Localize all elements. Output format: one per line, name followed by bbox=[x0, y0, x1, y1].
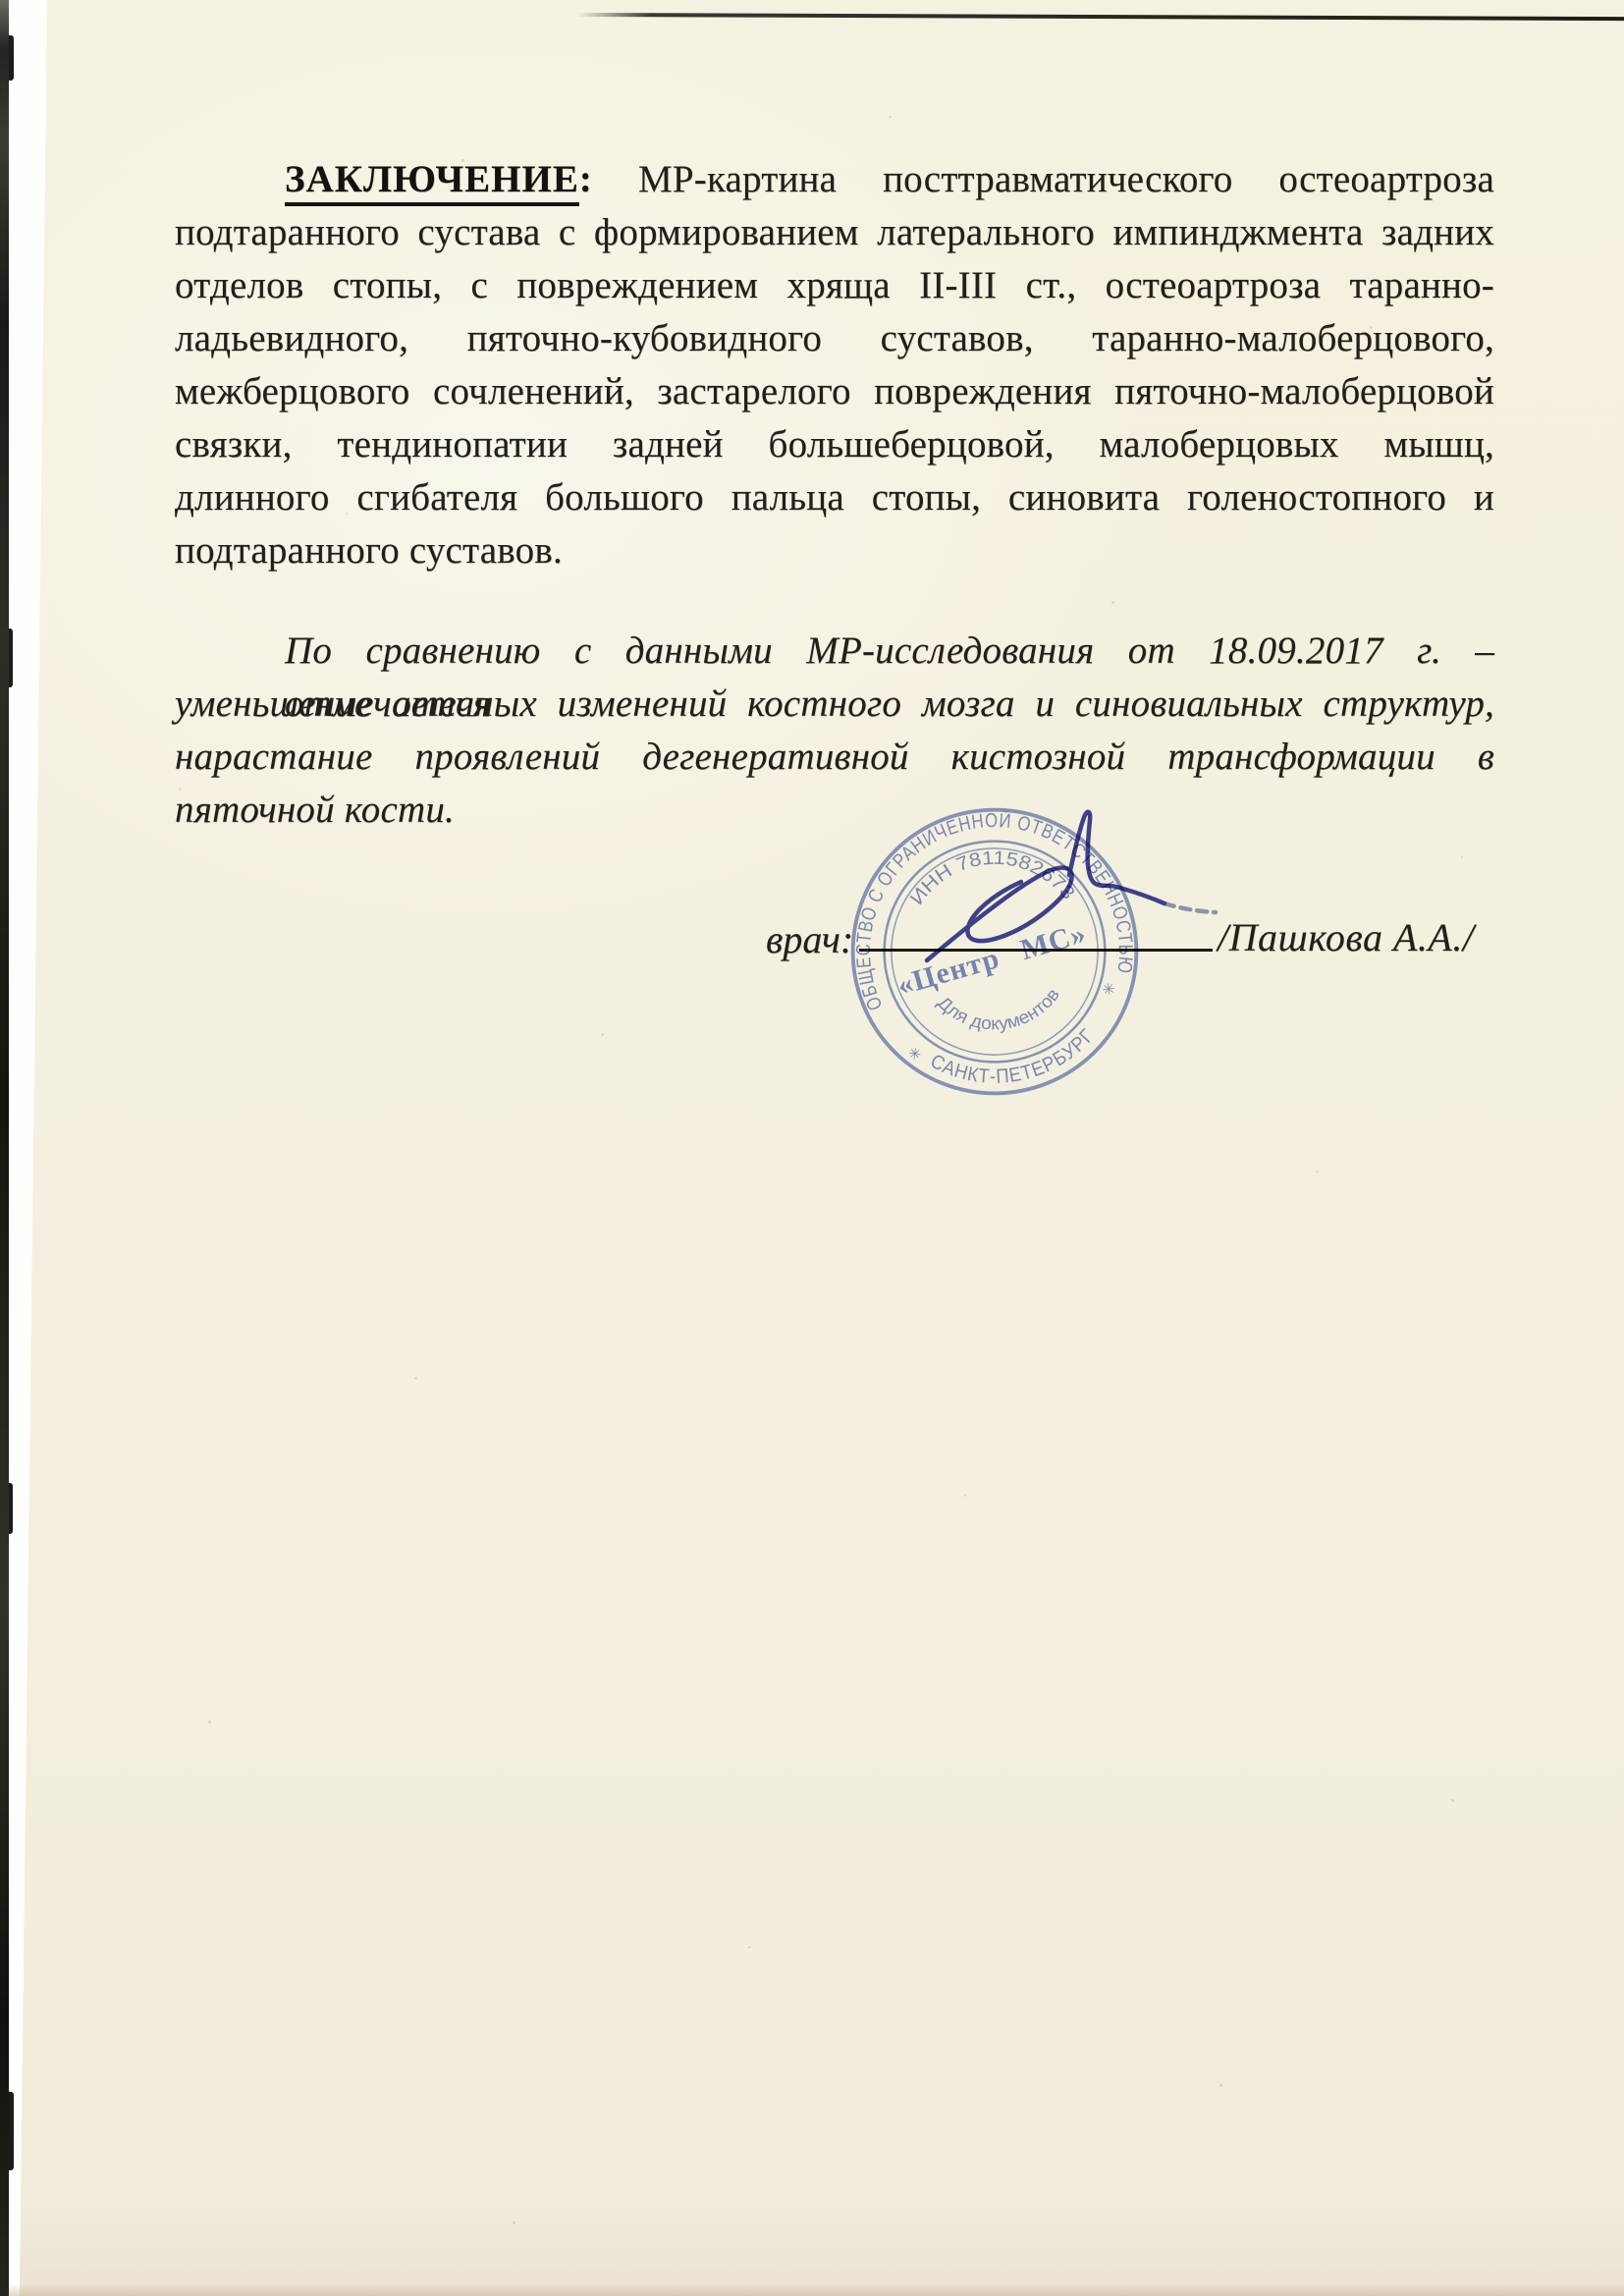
conclusion-line: подтаранного сустава с формированием лат… bbox=[175, 206, 1494, 259]
paper-speck bbox=[414, 1377, 417, 1380]
comparison-line: нарастание проявлений дегенеративной кис… bbox=[175, 731, 1494, 784]
scan-edge-top bbox=[577, 13, 1624, 21]
conclusion-line: межберцового сочленений, застарелого пов… bbox=[175, 365, 1494, 418]
scanned-page: ЗАКЛЮЧЕНИЕ: МР-картина посттравматическо… bbox=[0, 0, 1624, 2296]
paper-speck bbox=[208, 1721, 211, 1723]
comparison-paragraph: По сравнению с данными МР-исследования о… bbox=[175, 625, 1494, 837]
scan-edge-mark bbox=[9, 629, 13, 687]
paper-speck bbox=[513, 2221, 515, 2224]
stamp-ring-bottom-text: САНКТ-ПЕТЕРБУРГ bbox=[927, 1025, 1099, 1088]
paper-speck bbox=[964, 1495, 966, 1497]
paper-speck bbox=[1316, 1171, 1319, 1173]
signature-tail bbox=[1069, 812, 1164, 903]
paper-speck bbox=[601, 1033, 604, 1036]
paper-speck bbox=[1111, 601, 1114, 604]
svg-text:САНКТ-ПЕТЕРБУРГ: САНКТ-ПЕТЕРБУРГ bbox=[927, 1025, 1099, 1088]
scan-edge-mark bbox=[9, 1483, 13, 1534]
conclusion-line: ладьевидного, пяточно-кубовидного сустав… bbox=[175, 312, 1494, 365]
conclusion-line: подтаранного суставов. bbox=[175, 524, 1494, 577]
scan-edge-white bbox=[9, 0, 50, 2296]
conclusion-line: отделов стопы, с повреждением хряща II-I… bbox=[175, 259, 1494, 312]
scan-edge-mark bbox=[9, 35, 14, 81]
comparison-line: пяточной кости. bbox=[175, 784, 1494, 837]
conclusion-colon: : bbox=[579, 158, 592, 200]
paper-speck bbox=[1451, 1799, 1454, 1802]
conclusion-heading: ЗАКЛЮЧЕНИЕ bbox=[285, 158, 579, 206]
doctor-label: врач: bbox=[766, 913, 853, 966]
doctor-signature bbox=[864, 786, 1237, 992]
conclusion-line: длинного сгибателя большого пальца стопы… bbox=[175, 471, 1494, 524]
paper-speck bbox=[889, 116, 892, 118]
scan-edge-mark bbox=[9, 2092, 14, 2170]
scan-edge-bottom bbox=[0, 2284, 1624, 2296]
comparison-line: По сравнению с данными МР-исследования о… bbox=[175, 625, 1494, 678]
signature-fade bbox=[1164, 903, 1216, 912]
paper-speck bbox=[748, 1946, 751, 1948]
scan-edge-left bbox=[0, 0, 9, 2296]
signature-loop bbox=[927, 868, 1072, 960]
paper-speck bbox=[1219, 2084, 1222, 2087]
conclusion-paragraph: ЗАКЛЮЧЕНИЕ: МР-картина посттравматическо… bbox=[175, 153, 1494, 577]
conclusion-line: ЗАКЛЮЧЕНИЕ: МР-картина посттравматическо… bbox=[175, 153, 1494, 206]
conclusion-line: связки, тендинопатии задней большеберцов… bbox=[175, 418, 1494, 471]
doctor-name: /Пашкова А.А./ bbox=[1218, 911, 1474, 964]
conclusion-line-text: МР-картина посттравматического остеоартр… bbox=[638, 158, 1494, 200]
comparison-line: уменьшение отечных изменений костного мо… bbox=[175, 678, 1494, 731]
paper-speck bbox=[1461, 856, 1463, 858]
